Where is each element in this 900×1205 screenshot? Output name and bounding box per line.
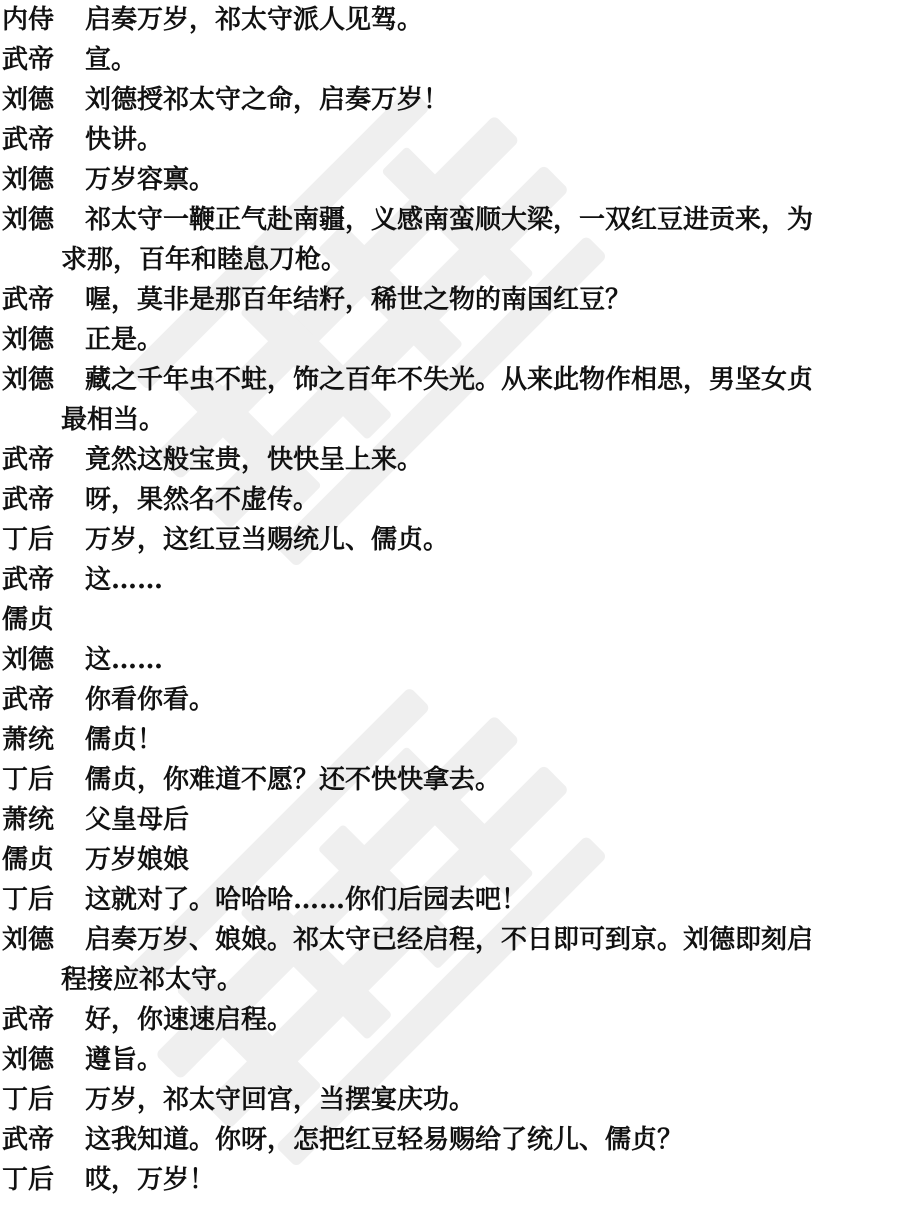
speaker-name: 丁后 <box>2 1080 54 1120</box>
dialogue-text: 喔，莫非是那百年结籽，稀世之物的南国红豆？ <box>85 280 870 320</box>
speaker-name: 刘德 <box>2 200 54 240</box>
dialogue-line: 丁后 万岁，这红豆当赐统儿、儒贞。 <box>2 520 870 560</box>
speaker-name: 刘德 <box>2 920 54 960</box>
dialogue-text: 启奏万岁，祁太守派人见驾。 <box>85 0 870 40</box>
dialogue-text: 这我知道。你呀，怎把红豆轻易赐给了统儿、儒贞？ <box>85 1120 870 1160</box>
speaker-name: 刘德 <box>2 320 54 360</box>
dialogue-text: 祁太守一鞭正气赴南疆，义感南蛮顺大梁，一双红豆进贡来，为 <box>85 200 870 240</box>
speaker-name: 儒贞 <box>2 600 54 640</box>
dialogue-text: 刘德授祁太守之命，启奏万岁！ <box>85 80 870 120</box>
speaker-name: 刘德 <box>2 1040 54 1080</box>
dialogue-line: 武帝 快讲。 <box>2 120 870 160</box>
dialogue-text: 遵旨。 <box>85 1040 870 1080</box>
dialogue-text: 万岁，祁太守回宫，当摆宴庆功。 <box>85 1080 870 1120</box>
speaker-name: 丁后 <box>2 520 54 560</box>
dialogue-text: 竟然这般宝贵，快快呈上来。 <box>85 440 870 480</box>
dialogue-text: 万岁，这红豆当赐统儿、儒贞。 <box>85 520 870 560</box>
dialogue-text-continuation: 求那，百年和睦息刀枪。 <box>61 240 870 280</box>
dialogue-line: 丁后 万岁，祁太守回宫，当摆宴庆功。 <box>2 1080 870 1120</box>
dialogue-text: 呀，果然名不虚传。 <box>85 480 870 520</box>
dialogue-text-continuation: 最相当。 <box>61 400 870 440</box>
dialogue-text: 启奏万岁、娘娘。祁太守已经启程，不日即可到京。刘德即刻启 <box>85 920 870 960</box>
speaker-name: 武帝 <box>2 480 54 520</box>
dialogue-line: 丁后 哎，万岁！ <box>2 1160 870 1200</box>
dialogue-line: 儒贞 <box>2 600 870 640</box>
speaker-name: 武帝 <box>2 560 54 600</box>
dialogue-line: 刘德 启奏万岁、娘娘。祁太守已经启程，不日即可到京。刘德即刻启 程接应祁太守。 <box>2 920 870 1000</box>
dialogue-line: 丁后 儒贞，你难道不愿？还不快快拿去。 <box>2 760 870 800</box>
script-dialogue: 内侍 启奏万岁，祁太守派人见驾。 武帝 宣。 刘德 刘德授祁太守之命，启奏万岁！… <box>0 0 900 1200</box>
speaker-name: 武帝 <box>2 120 54 160</box>
speaker-name: 武帝 <box>2 1120 54 1160</box>
dialogue-line: 刘德 祁太守一鞭正气赴南疆，义感南蛮顺大梁，一双红豆进贡来，为 求那，百年和睦息… <box>2 200 870 280</box>
dialogue-line: 刘德 这…… <box>2 640 870 680</box>
dialogue-line: 武帝 竟然这般宝贵，快快呈上来。 <box>2 440 870 480</box>
dialogue-line: 武帝 宣。 <box>2 40 870 80</box>
dialogue-text: 哎，万岁！ <box>85 1160 870 1200</box>
dialogue-text-continuation: 程接应祁太守。 <box>61 960 870 1000</box>
speaker-name: 武帝 <box>2 40 54 80</box>
dialogue-text: 儒贞！ <box>85 720 870 760</box>
dialogue-text: 万岁容禀。 <box>85 160 870 200</box>
speaker-name: 武帝 <box>2 280 54 320</box>
speaker-name: 武帝 <box>2 440 54 480</box>
speaker-name: 刘德 <box>2 640 54 680</box>
dialogue-line: 刘德 正是。 <box>2 320 870 360</box>
speaker-name: 丁后 <box>2 880 54 920</box>
speaker-name: 内侍 <box>2 0 54 40</box>
speaker-name: 刘德 <box>2 360 54 400</box>
dialogue-line: 萧统 父皇母后 <box>2 800 870 840</box>
dialogue-text: 藏之千年虫不蛀，饰之百年不失光。从来此物作相思，男坚女贞 <box>85 360 870 400</box>
dialogue-line: 丁后 这就对了。哈哈哈……你们后园去吧！ <box>2 880 870 920</box>
dialogue-text <box>85 600 870 640</box>
dialogue-line: 萧统 儒贞！ <box>2 720 870 760</box>
speaker-name: 武帝 <box>2 1000 54 1040</box>
speaker-name: 刘德 <box>2 80 54 120</box>
speaker-name: 丁后 <box>2 1160 54 1200</box>
speaker-name: 刘德 <box>2 160 54 200</box>
speaker-name: 萧统 <box>2 720 54 760</box>
dialogue-line: 刘德 遵旨。 <box>2 1040 870 1080</box>
dialogue-text: 快讲。 <box>85 120 870 160</box>
dialogue-text: 万岁娘娘 <box>85 840 870 880</box>
speaker-name: 儒贞 <box>2 840 54 880</box>
dialogue-text: 这就对了。哈哈哈……你们后园去吧！ <box>85 880 870 920</box>
dialogue-text: 这…… <box>85 560 870 600</box>
dialogue-text: 好，你速速启程。 <box>85 1000 870 1040</box>
dialogue-line: 武帝 喔，莫非是那百年结籽，稀世之物的南国红豆？ <box>2 280 870 320</box>
speaker-name: 丁后 <box>2 760 54 800</box>
dialogue-line: 武帝 这…… <box>2 560 870 600</box>
dialogue-text: 儒贞，你难道不愿？还不快快拿去。 <box>85 760 870 800</box>
dialogue-text: 你看你看。 <box>85 680 870 720</box>
dialogue-line: 内侍 启奏万岁，祁太守派人见驾。 <box>2 0 870 40</box>
dialogue-text: 父皇母后 <box>85 800 870 840</box>
dialogue-line: 武帝 这我知道。你呀，怎把红豆轻易赐给了统儿、儒贞？ <box>2 1120 870 1160</box>
dialogue-line: 刘德 藏之千年虫不蛀，饰之百年不失光。从来此物作相思，男坚女贞 最相当。 <box>2 360 870 440</box>
dialogue-line: 武帝 你看你看。 <box>2 680 870 720</box>
dialogue-line: 武帝 好，你速速启程。 <box>2 1000 870 1040</box>
dialogue-line: 儒贞 万岁娘娘 <box>2 840 870 880</box>
dialogue-line: 刘德 万岁容禀。 <box>2 160 870 200</box>
speaker-name: 萧统 <box>2 800 54 840</box>
dialogue-line: 武帝 呀，果然名不虚传。 <box>2 480 870 520</box>
dialogue-line: 刘德 刘德授祁太守之命，启奏万岁！ <box>2 80 870 120</box>
dialogue-text: 正是。 <box>85 320 870 360</box>
speaker-name: 武帝 <box>2 680 54 720</box>
dialogue-text: 宣。 <box>85 40 870 80</box>
dialogue-text: 这…… <box>85 640 870 680</box>
